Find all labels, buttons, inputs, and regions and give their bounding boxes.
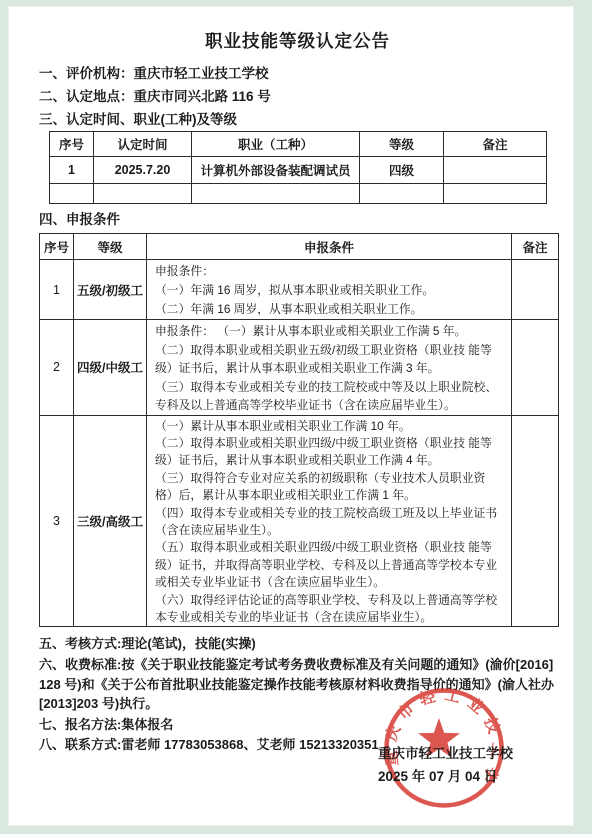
conditions-heading: 四、申报条件: [39, 211, 556, 229]
conditions-cell-level: 五级/初级工: [74, 260, 147, 320]
schedule-header-no: 序号: [50, 132, 94, 157]
conditions-cell-text: 申报条件： （一）年满 16 周岁，拟从事本职业或相关职业工作。 （二）年满 1…: [147, 260, 512, 320]
schedule-empty-cell: [94, 184, 192, 204]
table-row: 1 五级/初级工 申报条件： （一）年满 16 周岁，拟从事本职业或相关职业工作…: [40, 260, 559, 320]
conditions-cell-no: 3: [40, 415, 74, 627]
conditions-header-no: 序号: [40, 234, 74, 260]
signature-org: 重庆市轻工业技工学校: [378, 743, 513, 766]
conditions-cell-text: （一）累计从事本职业或相关职业工作满 10 年。 （二）取得本职业或相关职业四级…: [147, 415, 512, 627]
conditions-cell-level: 四级/中级工: [74, 320, 147, 416]
conditions-header-row: 序号 等级 申报条件 备注: [40, 234, 559, 260]
conditions-header-note: 备注: [512, 234, 559, 260]
condition-paragraph: （四）取得本专业或相关专业的技工院校高级工班及以上毕业证书（含在读应届毕业生）。: [155, 505, 503, 540]
footer-line-fee-standard: 六、收费标准:按《关于职业技能鉴定考试考务费收费标准及有关问题的通知》(渝价[2…: [39, 655, 560, 714]
conditions-cell-note: [512, 260, 559, 320]
schedule-header-time: 认定时间: [94, 132, 192, 157]
footer-line-registration-method: 七、报名方法:集体报名: [39, 715, 560, 735]
schedule-cell-occupation: 计算机外部设备装配调试员: [192, 157, 360, 184]
schedule-header-row: 序号 认定时间 职业（工种） 等级 备注: [50, 132, 547, 157]
schedule-cell-note: [444, 157, 547, 184]
conditions-cell-level: 三级/高级工: [74, 415, 147, 627]
table-row: 1 2025.7.20 计算机外部设备装配调试员 四级: [50, 157, 547, 184]
conditions-header-level: 等级: [74, 234, 147, 260]
condition-paragraph: （六）取得经评估论证的高等职业学校、专科及以上普通高等学校本专业或相关专业的毕业…: [155, 592, 503, 627]
conditions-cell-note: [512, 320, 559, 416]
schedule-cell-level: 四级: [360, 157, 444, 184]
footer-sections: 五、考核方式:理论(笔试)，技能(实操) 六、收费标准:按《关于职业技能鉴定考试…: [39, 634, 560, 755]
conditions-cell-text: 申报条件： （一）累计从事本职业或相关职业工作满 5 年。 （二）取得本职业或相…: [147, 320, 512, 416]
schedule-empty-cell: [444, 184, 547, 204]
schedule-cell-no: 1: [50, 157, 94, 184]
intro-line-schedule: 三、认定时间、职业(工种)及等级: [39, 108, 556, 131]
condition-paragraph: （一）累计从事本职业或相关职业工作满 10 年。: [155, 418, 503, 435]
condition-paragraph: （五）取得本职业或相关职业四级/中级工职业资格（职业技 能等级）证书，并取得高等…: [155, 539, 503, 591]
condition-paragraph: （二）取得本职业或相关职业五级/初级工职业资格（职业技 能等级）证书后，累计从事…: [155, 341, 503, 378]
footer-line-assessment-method: 五、考核方式:理论(笔试)，技能(实操): [39, 634, 560, 654]
signature-block: 重庆市轻工业技工学校 2025 年 07 月 04 日: [378, 743, 513, 788]
schedule-empty-cell: [50, 184, 94, 204]
condition-paragraph: （二）年满 16 周岁，从事本职业或相关职业工作。: [155, 300, 503, 319]
schedule-header-occupation: 职业（工种）: [192, 132, 360, 157]
condition-paragraph: 申报条件：: [155, 262, 503, 281]
conditions-table: 序号 等级 申报条件 备注 1 五级/初级工 申报条件： （一）年满 16 周岁…: [39, 233, 559, 627]
conditions-cell-no: 2: [40, 320, 74, 416]
schedule-header-level: 等级: [360, 132, 444, 157]
condition-paragraph: 申报条件： （一）累计从事本职业或相关职业工作满 5 年。: [155, 322, 503, 341]
schedule-empty-cell: [360, 184, 444, 204]
intro-line-evaluation-org: 一、评价机构：重庆市轻工业技工学校: [39, 62, 556, 85]
document-page: 职业技能等级认定公告 一、评价机构：重庆市轻工业技工学校 二、认定地点：重庆市同…: [8, 6, 574, 826]
signature-date: 2025 年 07 月 04 日: [378, 766, 513, 789]
page-title: 职业技能等级认定公告: [39, 29, 556, 53]
conditions-cell-no: 1: [40, 260, 74, 320]
table-row: 3 三级/高级工 （一）累计从事本职业或相关职业工作满 10 年。 （二）取得本…: [40, 415, 559, 627]
condition-paragraph: （三）取得本专业或相关专业的技工院校或中等及以上职业院校、专科及以上普通高等学校…: [155, 378, 503, 415]
schedule-empty-cell: [192, 184, 360, 204]
conditions-cell-note: [512, 415, 559, 627]
table-row-empty: [50, 184, 547, 204]
schedule-header-note: 备注: [444, 132, 547, 157]
table-row: 2 四级/中级工 申报条件： （一）累计从事本职业或相关职业工作满 5 年。 （…: [40, 320, 559, 416]
conditions-header-conditions: 申报条件: [147, 234, 512, 260]
schedule-cell-time: 2025.7.20: [94, 157, 192, 184]
condition-paragraph: （三）取得符合专业对应关系的初级职称（专业技术人员职业资格）后，累计从事本职业或…: [155, 470, 503, 505]
schedule-table: 序号 认定时间 职业（工种） 等级 备注 1 2025.7.20 计算机外部设备…: [49, 131, 547, 204]
intro-line-location: 二、认定地点：重庆市同兴北路 116 号: [39, 85, 556, 108]
condition-paragraph: （一）年满 16 周岁，拟从事本职业或相关职业工作。: [155, 281, 503, 300]
condition-paragraph: （二）取得本职业或相关职业四级/中级工职业资格（职业技 能等级）证书后，累计从事…: [155, 435, 503, 470]
